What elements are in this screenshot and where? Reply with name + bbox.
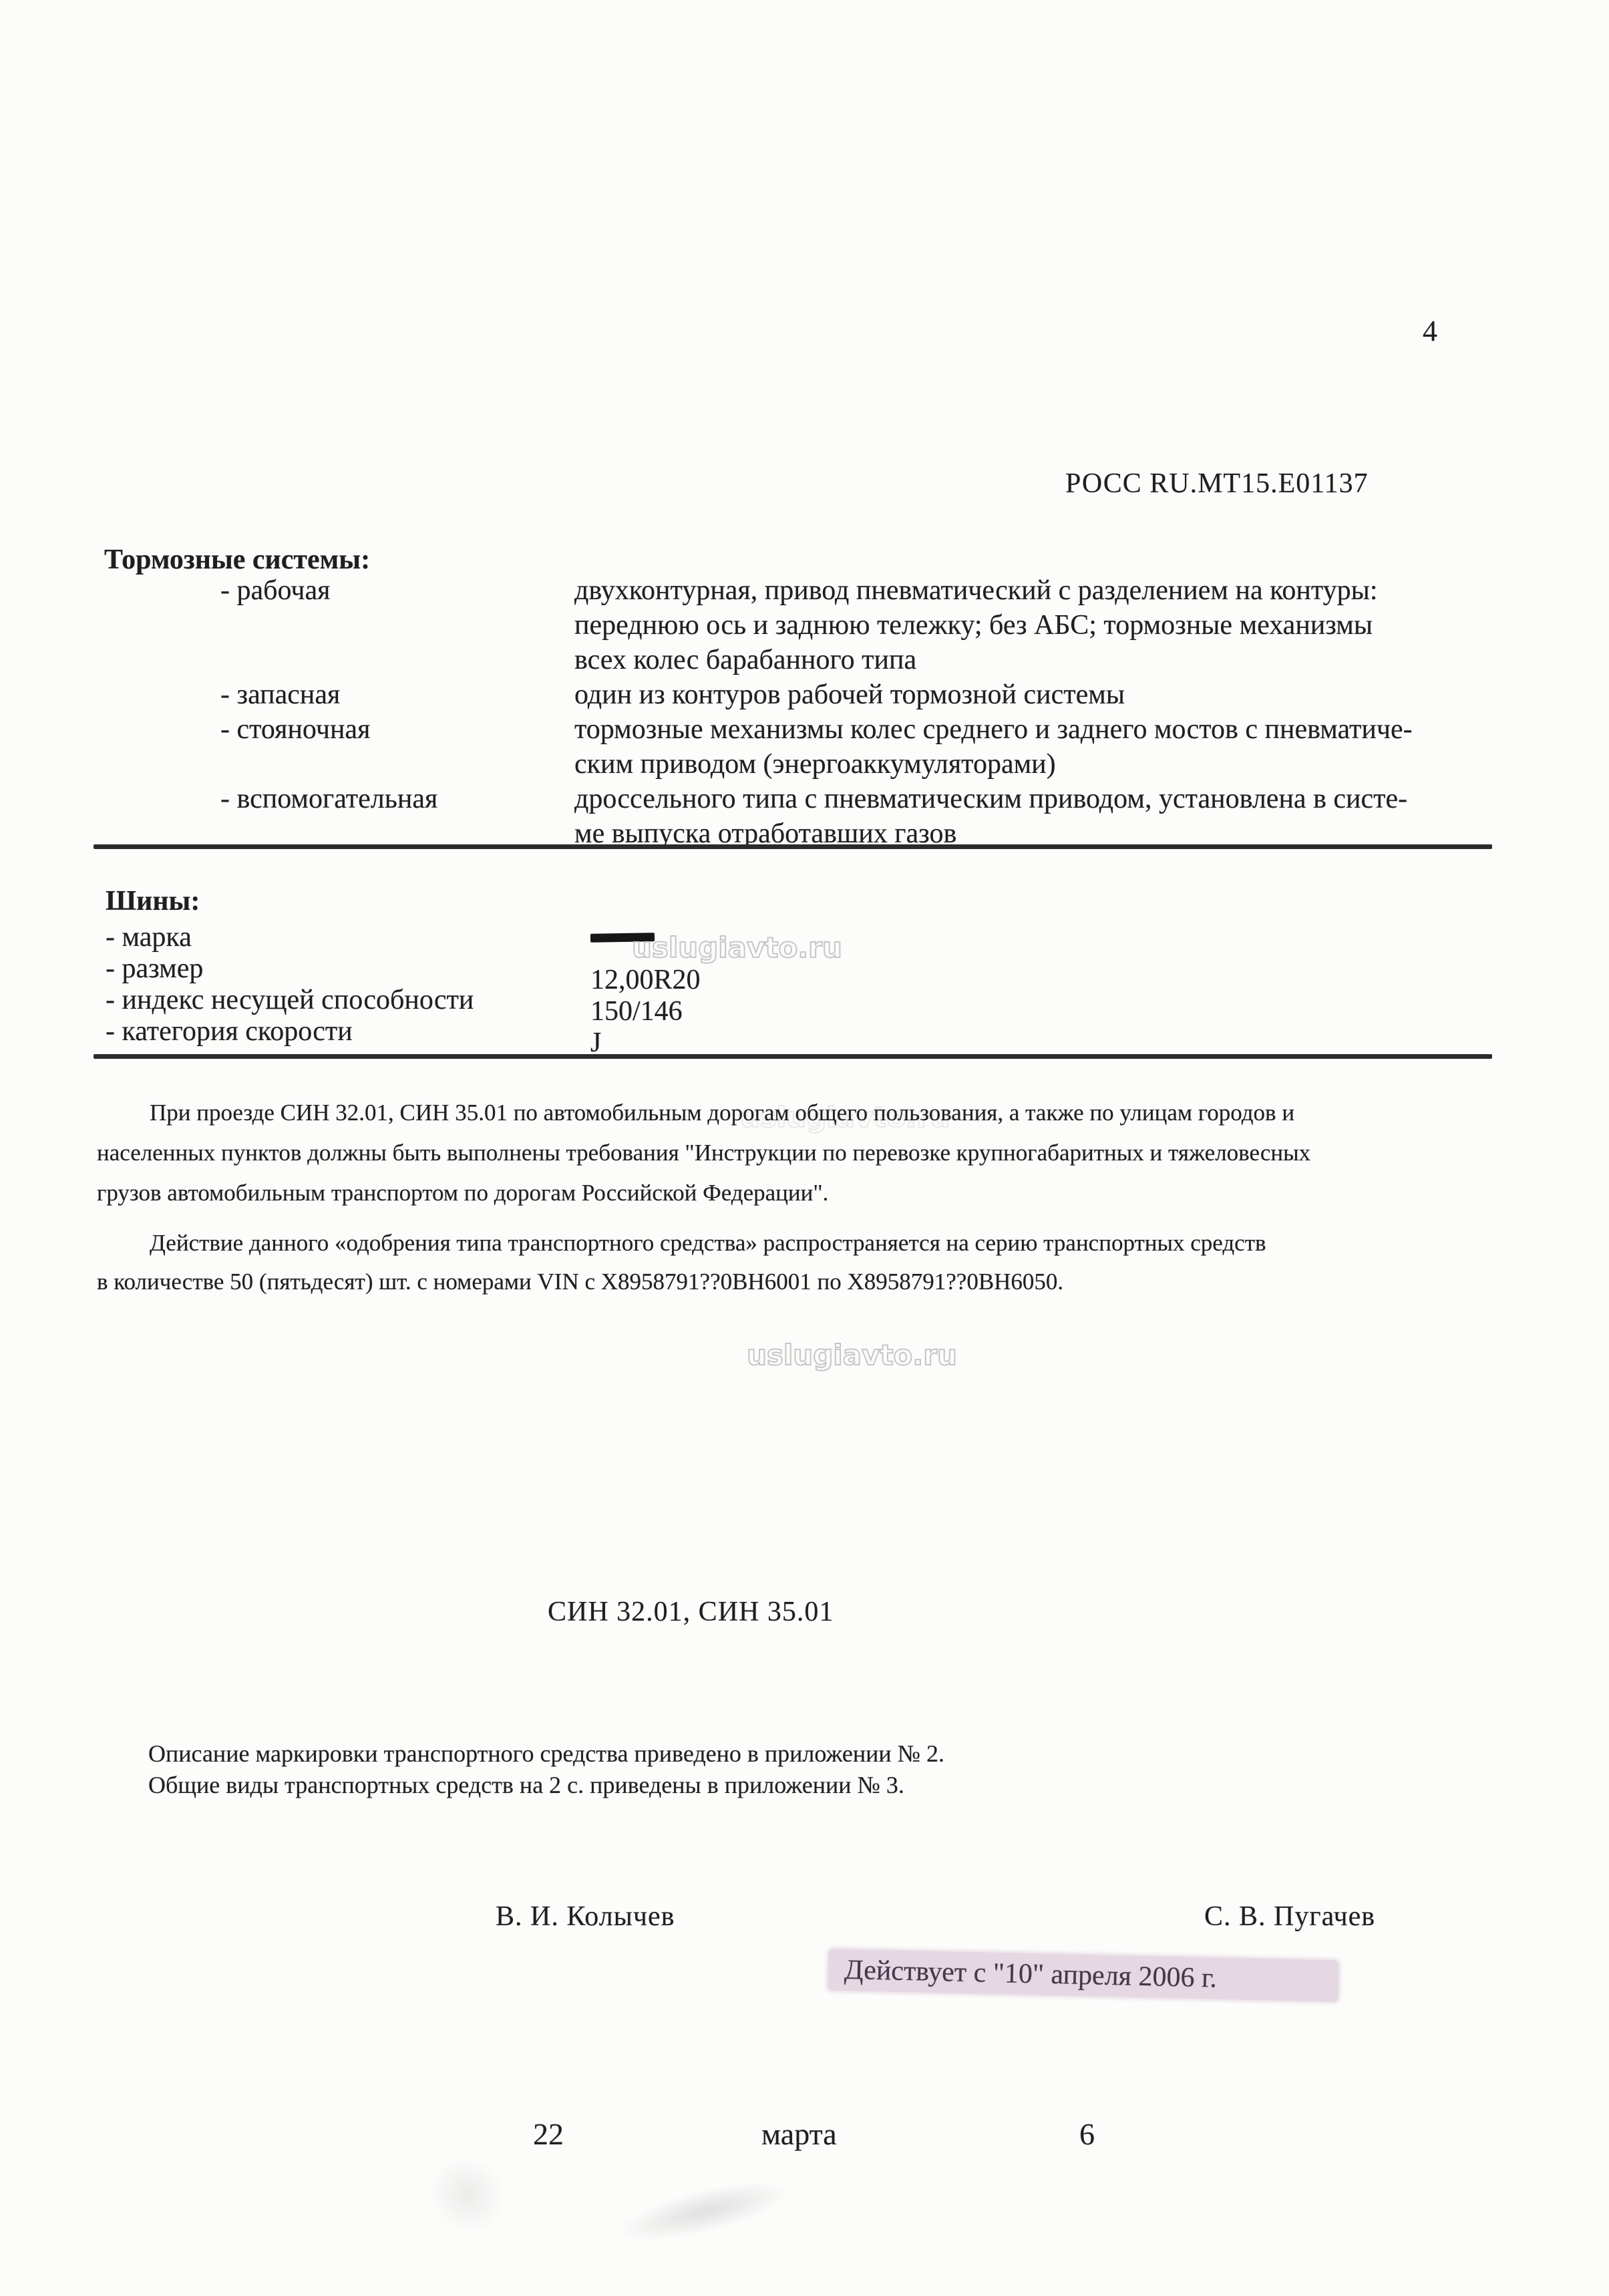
brake-value-line: ским приводом (энергоаккумуляторами) bbox=[574, 747, 1413, 782]
validity-stamp: Действует с "10" апреля 2006 г. bbox=[828, 1949, 1338, 2001]
vehicle-model-title: СИН 32.01, СИН 35.01 bbox=[548, 1596, 834, 1628]
approval-number: РОСС RU.MT15.E01137 bbox=[1065, 468, 1369, 500]
tire-row-label-brand: - марка bbox=[106, 922, 474, 953]
tire-row-label-load-index: - индекс несущей способности bbox=[106, 985, 474, 1016]
brake-row-label-auxiliary: - вспомогательная bbox=[220, 782, 437, 816]
brake-row-label-parking: - стояночная bbox=[220, 712, 370, 747]
brake-values-column: двухконтурная, привод пневматический с р… bbox=[574, 573, 1413, 851]
watermark-center: uslugiavto.ru bbox=[747, 1339, 957, 1371]
paragraph-line: При проезде СИН 32.01, СИН 35.01 по авто… bbox=[97, 1093, 1310, 1133]
signature-right: С. В. Пугачев bbox=[1204, 1901, 1375, 1933]
paragraph-line: населенных пунктов должны быть выполнены… bbox=[97, 1133, 1310, 1173]
tire-size-value: 12,00R20 bbox=[590, 965, 701, 996]
brakes-tires-divider-rule bbox=[94, 844, 1492, 849]
watermark-tires: uslugiavto.ru bbox=[632, 931, 842, 964]
brake-value-line: переднюю ось и заднюю тележку; без АБС; … bbox=[574, 608, 1413, 643]
brake-value-line: один из контуров рабочей тормозной систе… bbox=[574, 677, 1413, 712]
tire-load-index-value: 150/146 bbox=[590, 996, 701, 1027]
footer-number: 6 bbox=[1079, 2116, 1095, 2152]
scan-smudge bbox=[612, 2168, 797, 2253]
tire-row-label-speed-category: - категория скорости bbox=[106, 1016, 474, 1047]
footer-month: марта bbox=[761, 2116, 837, 2152]
brakes-section-title: Тормозные системы: bbox=[104, 544, 370, 576]
brake-row-label-service: - рабочая bbox=[220, 573, 331, 608]
signature-left: В. И. Колычев bbox=[496, 1901, 675, 1933]
note-line: Общие виды транспортных средств на 2 с. … bbox=[148, 1770, 944, 1801]
validity-stamp-text: Действует с "10" апреля 2006 г. bbox=[828, 1949, 1338, 2001]
tire-row-label-size: - размер bbox=[106, 953, 474, 985]
page-number: 4 bbox=[1423, 314, 1437, 348]
brake-value-line: двухконтурная, привод пневматический с р… bbox=[574, 573, 1413, 608]
appendix-notes: Описание маркировки транспортного средст… bbox=[148, 1738, 944, 1801]
note-line: Описание маркировки транспортного средст… bbox=[148, 1738, 944, 1770]
scanned-document-page: 4 РОСС RU.MT15.E01137 Тормозные системы:… bbox=[0, 0, 1609, 2296]
footer-day: 22 bbox=[533, 2116, 564, 2152]
tires-bottom-rule bbox=[94, 1054, 1492, 1059]
brake-value-line: тормозные механизмы колес среднего и зад… bbox=[574, 712, 1413, 747]
brake-value-line: всех колес барабанного типа bbox=[574, 643, 1413, 677]
paragraph-line: грузов автомобильным транспортом по доро… bbox=[97, 1173, 1310, 1213]
paragraph-line: в количестве 50 (пятьдесят) шт. с номера… bbox=[97, 1263, 1266, 1301]
brake-row-label-spare: - запасная bbox=[220, 677, 340, 712]
brake-value-line: дроссельного типа с пневматическим приво… bbox=[574, 782, 1413, 816]
tire-labels-column: - марка - размер - индекс несущей способ… bbox=[106, 922, 474, 1047]
paragraph-line: Действие данного «одобрения типа транспо… bbox=[97, 1224, 1266, 1263]
paragraph-approval-scope: Действие данного «одобрения типа транспо… bbox=[97, 1224, 1266, 1301]
tires-section-title: Шины: bbox=[106, 885, 200, 917]
paragraph-road-transit: При проезде СИН 32.01, СИН 35.01 по авто… bbox=[97, 1093, 1310, 1213]
scan-smudge bbox=[413, 2140, 522, 2248]
